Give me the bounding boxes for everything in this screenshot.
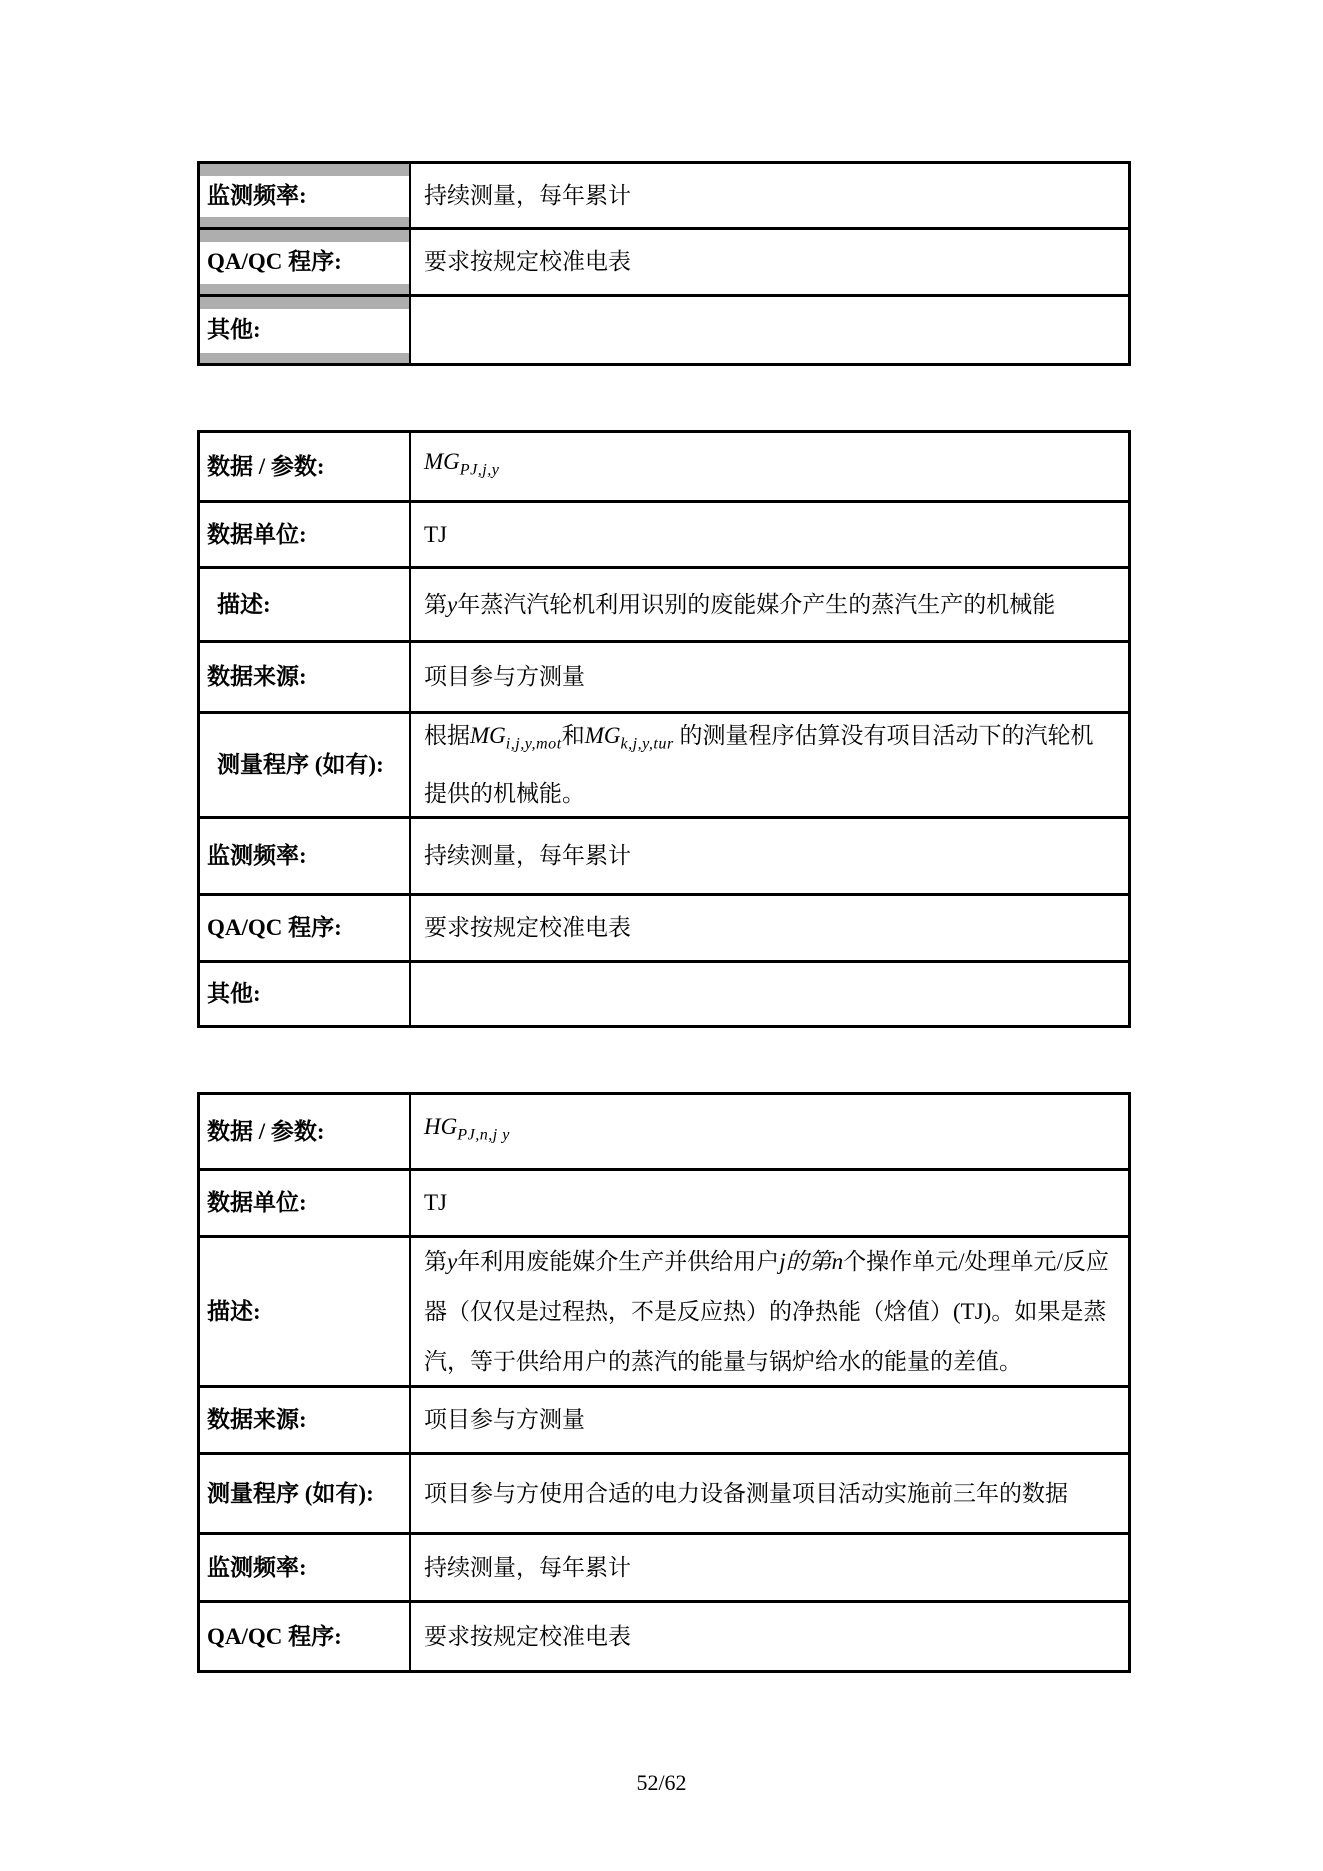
row-value: 要求按规定校准电表 [411, 230, 1128, 294]
table-row: 监测频率: 持续测量，每年累计 [200, 816, 1128, 893]
parameter-table-HG: 数据 / 参数: HGPJ,n,j y 数据单位: TJ 描述: 第y年利用废能… [197, 1092, 1131, 1673]
table-row: 其他: [200, 960, 1128, 1025]
row-value: 持续测量，每年累计 [411, 1535, 1128, 1600]
row-value: TJ [411, 1171, 1128, 1235]
row-label: 测量程序 (如有): [200, 714, 411, 816]
row-value: 根据MGi,j,y,mot和MGk,j,y,tur 的测量程序估算没有项目活动下… [411, 714, 1128, 816]
table-row: 测量程序 (如有): 项目参与方使用合适的电力设备测量项目活动实施前三年的数据 [200, 1452, 1128, 1532]
row-value [411, 297, 1128, 363]
table-row: 测量程序 (如有): 根据MGi,j,y,mot和MGk,j,y,tur 的测量… [200, 711, 1128, 816]
row-label: 数据 / 参数: [200, 1095, 411, 1168]
row-value: 第y年利用废能媒介生产并供给用户j的第n个操作单元/处理单元/反应器（仅仅是过程… [411, 1238, 1128, 1385]
row-label: 测量程序 (如有): [200, 1455, 411, 1532]
row-value: MGPJ,j,y [411, 433, 1128, 500]
table-row: 描述: 第y年蒸汽汽轮机利用识别的废能媒介产生的蒸汽生产的机械能 [200, 566, 1128, 640]
row-label: 监测频率: [200, 819, 411, 893]
row-value: HGPJ,n,j y [411, 1095, 1128, 1168]
table-row: 监测频率: 持续测量，每年累计 [200, 1532, 1128, 1600]
table-row: 数据来源: 项目参与方测量 [200, 640, 1128, 711]
row-label: 数据来源: [200, 643, 411, 711]
parameter-table-MG: 数据 / 参数: MGPJ,j,y 数据单位: TJ 描述: 第y年蒸汽汽轮机利… [197, 430, 1131, 1028]
row-label: 其他: [200, 963, 411, 1025]
row-label: 数据 / 参数: [200, 433, 411, 500]
table-row: 描述: 第y年利用废能媒介生产并供给用户j的第n个操作单元/处理单元/反应器（仅… [200, 1235, 1128, 1385]
row-label: 其他: [200, 297, 411, 363]
row-label: QA/QC 程序: [200, 896, 411, 960]
table-row: 数据单位: TJ [200, 500, 1128, 566]
table-row: 数据 / 参数: HGPJ,n,j y [200, 1095, 1128, 1168]
row-value: 第y年蒸汽汽轮机利用识别的废能媒介产生的蒸汽生产的机械能 [411, 569, 1128, 640]
row-label: 数据单位: [200, 503, 411, 566]
row-label: 数据单位: [200, 1171, 411, 1235]
row-value [411, 963, 1128, 1025]
row-label: 描述: [200, 569, 411, 640]
table-row: 监测频率: 持续测量，每年累计 [200, 164, 1128, 227]
row-label: QA/QC 程序: [200, 230, 411, 294]
row-value: 项目参与方测量 [411, 1388, 1128, 1452]
row-value: 要求按规定校准电表 [411, 896, 1128, 960]
row-value: 持续测量，每年累计 [411, 819, 1128, 893]
monitoring-table-continued: 监测频率: 持续测量，每年累计 QA/QC 程序: 要求按规定校准电表 其他: [197, 161, 1131, 366]
table-row: 其他: [200, 294, 1128, 363]
row-label: 描述: [200, 1238, 411, 1385]
page-number: 52/62 [0, 1768, 1323, 1798]
row-value: 项目参与方测量 [411, 643, 1128, 711]
table-row: 数据来源: 项目参与方测量 [200, 1385, 1128, 1452]
row-label: 监测频率: [200, 1535, 411, 1600]
row-label: 监测频率: [200, 164, 411, 227]
row-value: 项目参与方使用合适的电力设备测量项目活动实施前三年的数据 [411, 1455, 1128, 1532]
table-row: 数据 / 参数: MGPJ,j,y [200, 433, 1128, 500]
row-label: QA/QC 程序: [200, 1603, 411, 1670]
row-label: 数据来源: [200, 1388, 411, 1452]
row-value: 持续测量，每年累计 [411, 164, 1128, 227]
row-value: TJ [411, 503, 1128, 566]
table-row: QA/QC 程序: 要求按规定校准电表 [200, 893, 1128, 960]
table-row: QA/QC 程序: 要求按规定校准电表 [200, 227, 1128, 294]
table-row: 数据单位: TJ [200, 1168, 1128, 1235]
row-value: 要求按规定校准电表 [411, 1603, 1128, 1670]
document-page: { "page": { "number_label": "52/62" }, "… [0, 0, 1323, 1871]
table-row: QA/QC 程序: 要求按规定校准电表 [200, 1600, 1128, 1670]
